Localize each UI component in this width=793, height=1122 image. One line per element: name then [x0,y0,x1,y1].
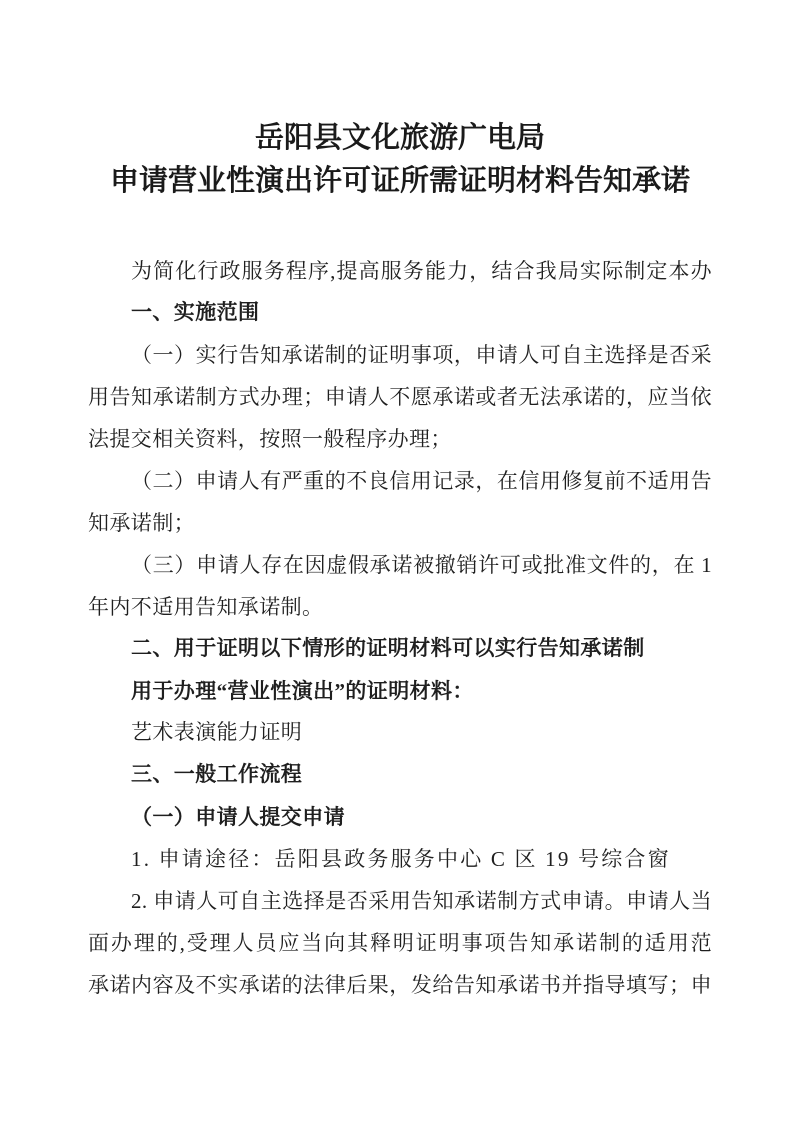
section-1-item-2-line-2: 知承诺制； [88,502,712,544]
section-3-step-2-line-2: 面办理的,受理人员应当向其释明证明事项告知承诺制的适用范围、 [88,922,712,964]
section-1-item-3-line-2: 年内不适用告知承诺制。 [88,586,712,628]
title-line-2: 申请营业性演出许可证所需证明材料告知承诺 [88,160,712,203]
section-3-step-2-line-3: 承诺内容及不实承诺的法律后果，发给告知承诺书并指导填写；申 [88,964,712,1006]
section-1-item-2-line-1: （二）申请人有严重的不良信用记录，在信用修复前不适用告 [88,460,712,502]
section-1-item-1-line-3: 法提交相关资料，按照一般程序办理； [88,418,712,460]
document-title: 岳阳县文化旅游广电局 申请营业性演出许可证所需证明材料告知承诺 [88,117,712,203]
intro-paragraph-line: 为简化行政服务程序,提高服务能力，结合我局实际制定本办法。 [88,250,712,292]
section-3-sub-1-heading: （一）申请人提交申请 [88,796,712,838]
section-3-step-2-line-1: 2. 申请人可自主选择是否采用告知承诺制方式申请。申请人当 [88,880,712,922]
section-2-subheading: 用于办理“营业性演出”的证明材料： [88,670,712,712]
title-line-1: 岳阳县文化旅游广电局 [88,117,712,160]
section-2-material-item: 艺术表演能力证明 [88,712,712,754]
document-body: 为简化行政服务程序,提高服务能力，结合我局实际制定本办法。 一、实施范围 （一）… [88,250,712,1006]
section-2-heading: 二、用于证明以下情形的证明材料可以实行告知承诺制 [88,628,712,670]
section-3-step-1-line-1: 1. 申请途径：岳阳县政务服务中心 C 区 19 号综合窗口。 [88,838,712,880]
document-page: 岳阳县文化旅游广电局 申请营业性演出许可证所需证明材料告知承诺 为简化行政服务程… [0,0,793,1122]
section-1-heading: 一、实施范围 [88,292,712,334]
section-1-item-1-line-1: （一）实行告知承诺制的证明事项，申请人可自主选择是否采 [88,334,712,376]
section-1-item-3-line-1: （三）申请人存在因虚假承诺被撤销许可或批准文件的，在 1 [88,544,712,586]
section-1-item-1-line-2: 用告知承诺制方式办理；申请人不愿承诺或者无法承诺的，应当依 [88,376,712,418]
section-3-heading: 三、一般工作流程 [88,754,712,796]
